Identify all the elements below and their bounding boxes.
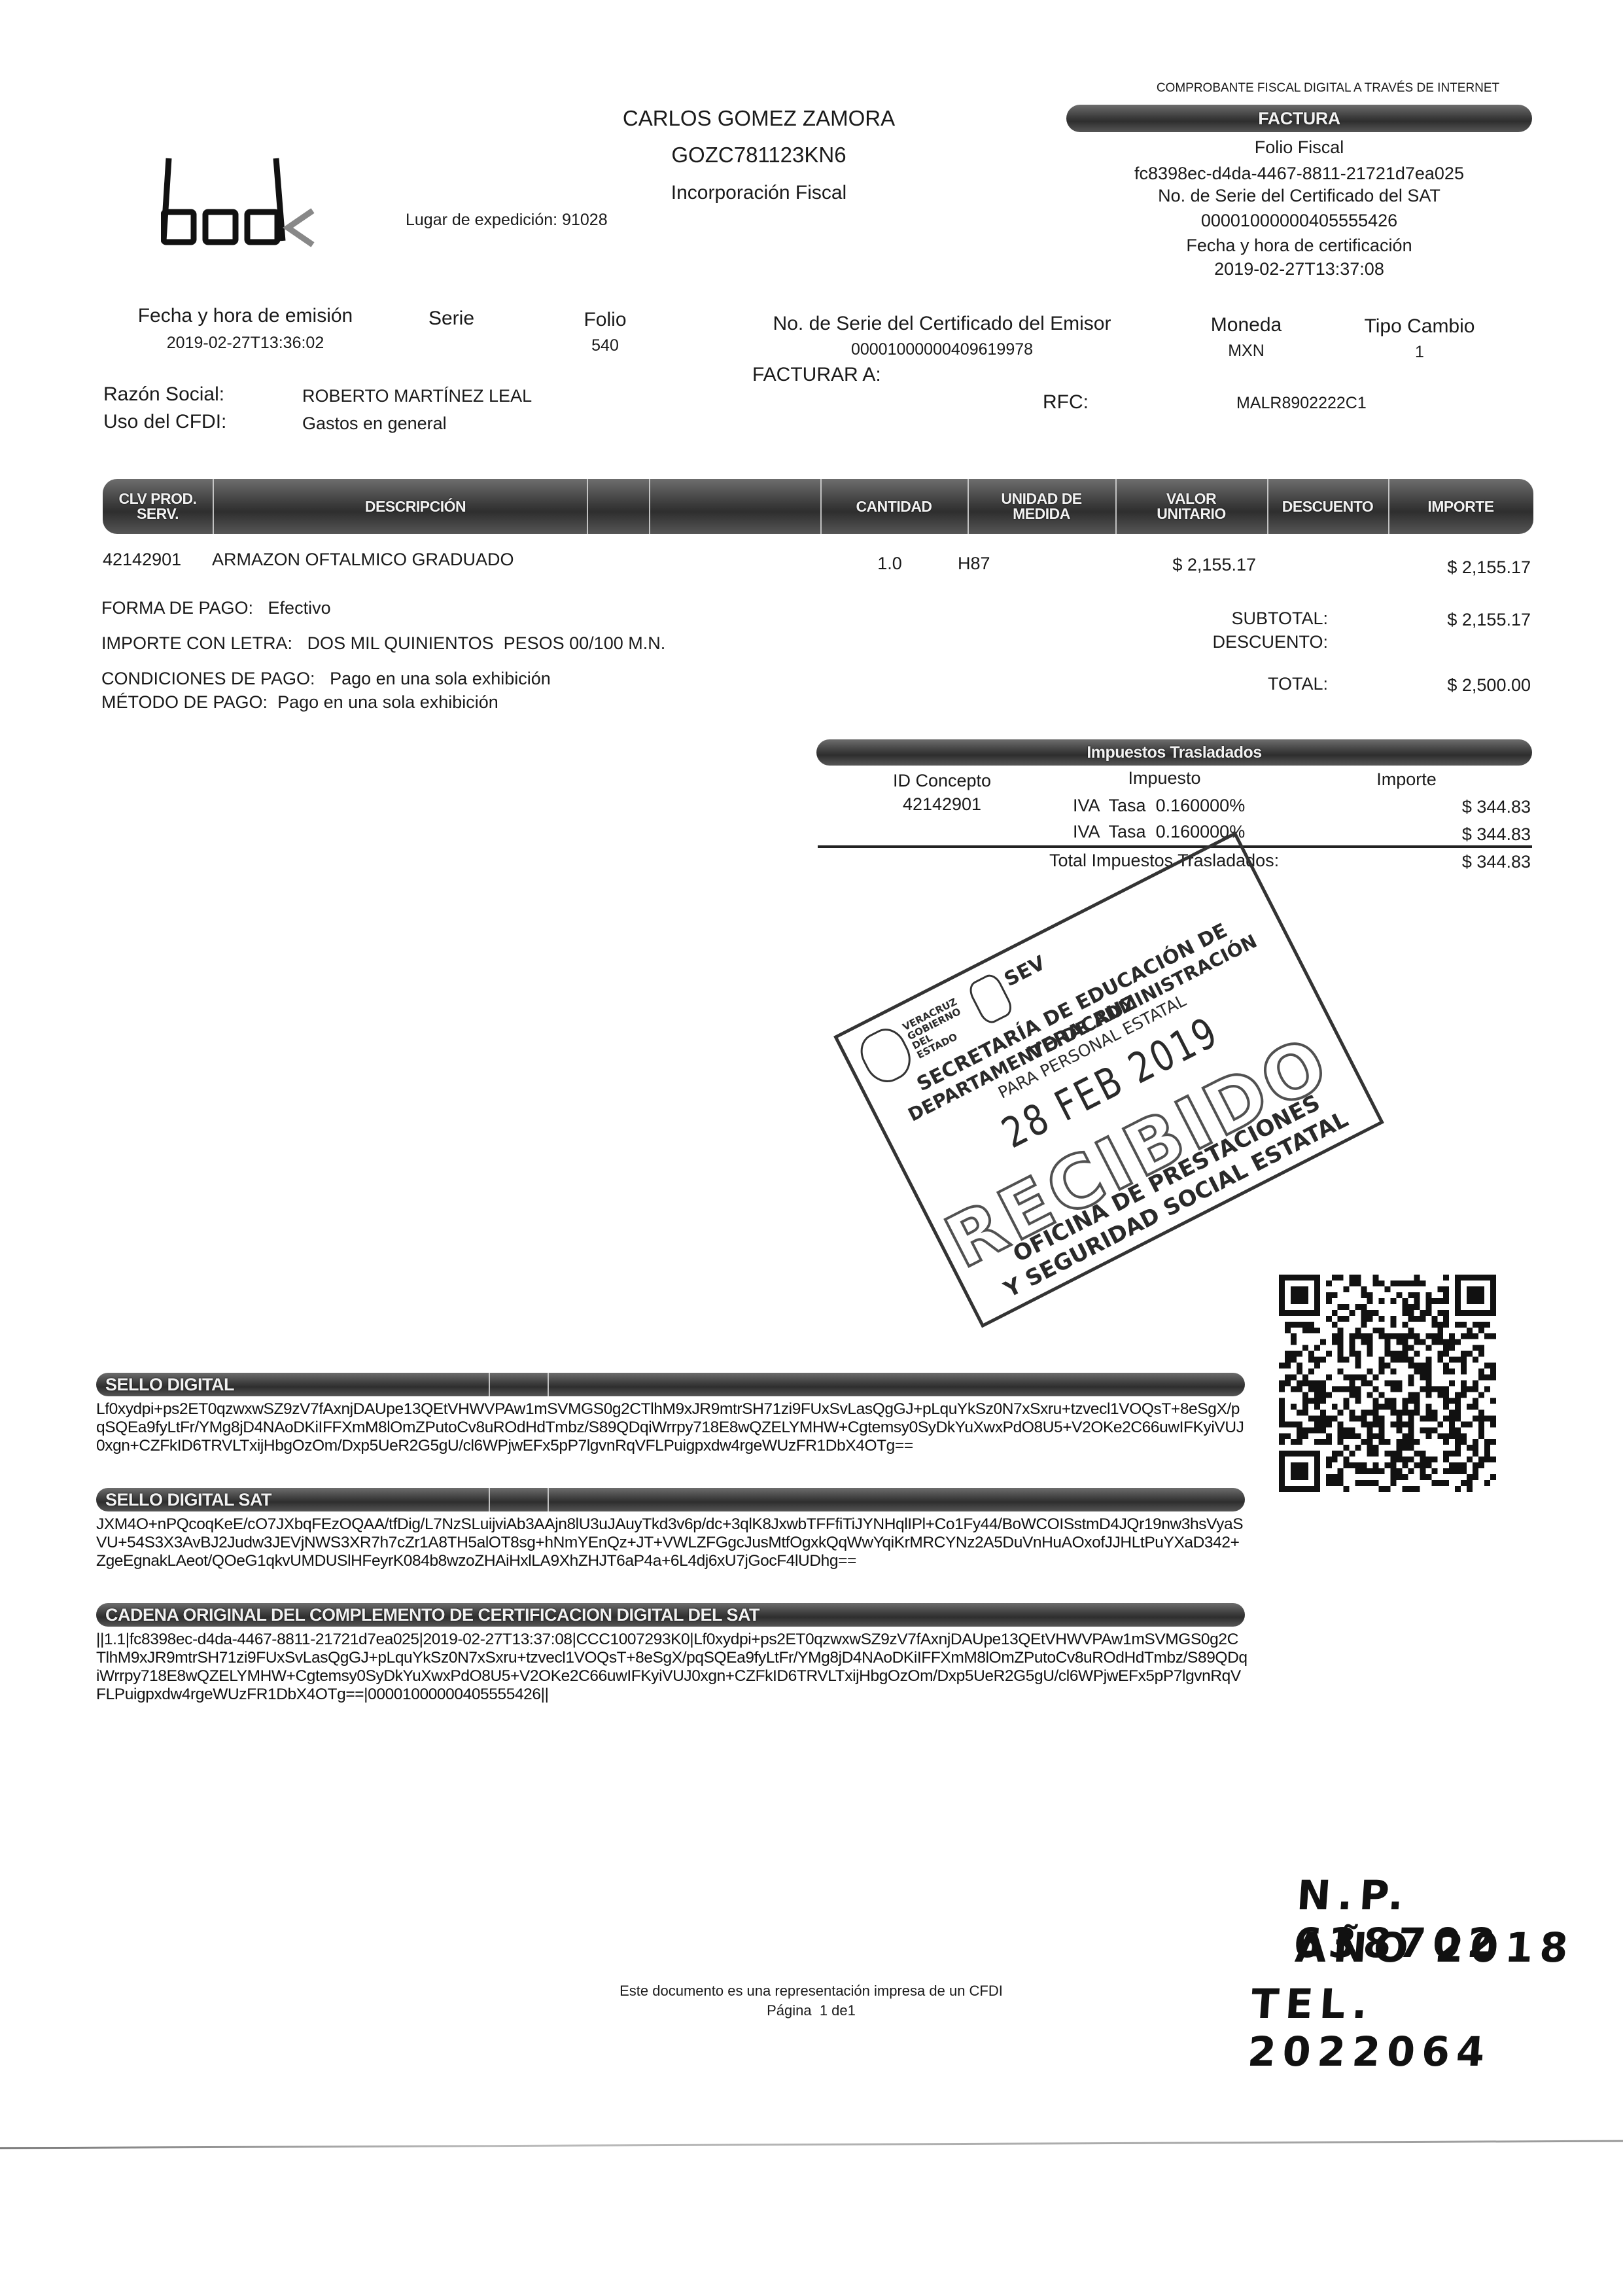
- folio-label: Folio: [563, 309, 648, 331]
- subtotal-label: SUBTOTAL:: [1164, 609, 1328, 629]
- cadena-original: ||1.1|fc8398ec-d4da-4467-8811-21721d7ea0…: [96, 1631, 1248, 1704]
- issue-datetime-label: Fecha y hora de emisión: [118, 305, 373, 327]
- sello-sat: JXM4O+nPQcoqKeE/cO7JXbqFEzOQAA/tfDig/L7N…: [96, 1515, 1248, 1570]
- issuer-name: CARLOS GOMEZ ZAMORA: [576, 106, 942, 131]
- issuer-regime: Incorporación Fiscal: [576, 182, 942, 204]
- col-discount: DESCUENTO: [1267, 479, 1388, 534]
- subtotal-value: $ 2,155.17: [1361, 610, 1531, 630]
- cfdi-use-label: Uso del CFDI:: [103, 411, 226, 433]
- tax-name: IVA Tasa 0.160000%: [1073, 796, 1245, 816]
- sello-digital-bar: SELLO DIGITAL: [96, 1373, 1245, 1396]
- receiver-rfc-label: RFC:: [1043, 391, 1089, 414]
- payment-conditions: CONDICIONES DE PAGO: Pago en una sola ex…: [101, 669, 551, 689]
- payment-form-value: Efectivo: [268, 598, 331, 618]
- company-logo: [161, 154, 357, 247]
- doc-type-bar: FACTURA: [1066, 105, 1532, 132]
- look-logo-icon: [161, 154, 357, 247]
- payment-conditions-label: CONDICIONES DE PAGO:: [101, 669, 315, 688]
- amount-words-label: IMPORTE CON LETRA:: [101, 633, 292, 653]
- exchange-value: 1: [1348, 343, 1492, 362]
- col-clave: CLV PROD. SERV.: [103, 479, 213, 534]
- issuer-cert-label: No. de Serie del Certificado del Emisor: [746, 313, 1138, 335]
- items-table-header: CLV PROD. SERV. DESCRIPCIÓN CANTIDAD UNI…: [103, 479, 1533, 534]
- amount-in-words: IMPORTE CON LETRA: DOS MIL QUINIENTOS PE…: [101, 633, 665, 654]
- tax-divider: [818, 845, 1532, 848]
- tax-amount: $ 344.83: [1348, 824, 1531, 845]
- qr-code: [1279, 1275, 1496, 1492]
- col-unit: UNIDAD DE MEDIDA: [968, 479, 1115, 534]
- serie-label: Serie: [406, 308, 497, 330]
- sat-cert: 00001000000405555426: [1066, 211, 1532, 231]
- footer-page: Página 1 de1: [576, 2002, 1047, 2019]
- exchange-label: Tipo Cambio: [1348, 315, 1492, 338]
- total-label: TOTAL:: [1164, 674, 1328, 694]
- sello-sat-title: SELLO DIGITAL SAT: [105, 1488, 271, 1511]
- tax-col-amount: Importe: [1348, 769, 1465, 790]
- item-description: ARMAZON OFTALMICO GRADUADO: [212, 550, 514, 570]
- taxes-title: Impuestos Trasladados: [816, 739, 1532, 766]
- tax-total: $ 344.83: [1348, 852, 1531, 872]
- receiver-rfc: MALR8902222C1: [1236, 394, 1367, 413]
- folio-fiscal-label: Folio Fiscal: [1066, 137, 1532, 158]
- issuer-rfc: GOZC781123KN6: [576, 143, 942, 168]
- cert-datetime: 2019-02-27T13:37:08: [1066, 259, 1532, 279]
- item-unit-value: $ 2,155.17: [1086, 555, 1256, 575]
- item-unit: H87: [958, 554, 990, 574]
- qr-code-icon: [1279, 1275, 1496, 1492]
- place-of-issue: Lugar de expedición: 91028: [406, 211, 608, 230]
- bill-to-label: FACTURAR A:: [752, 364, 881, 386]
- tax-concept: 42142901: [870, 794, 1014, 815]
- tax-col-concept: ID Concepto: [870, 771, 1014, 791]
- item-clave: 42142901: [103, 550, 181, 570]
- cadena-original-title: CADENA ORIGINAL DEL COMPLEMENTO DE CERTI…: [105, 1603, 759, 1627]
- place-label: Lugar de expedición:: [406, 211, 557, 229]
- payment-conditions-value: Pago en una sola exhibición: [330, 669, 551, 688]
- payment-form: FORMA DE PAGO: Efectivo: [101, 598, 331, 618]
- tax-col-tax: Impuesto: [1079, 768, 1249, 788]
- item-amount: $ 2,155.17: [1335, 557, 1531, 578]
- handwritten-year: AÑO 2018: [1293, 1924, 1576, 1971]
- payment-method-value: Pago en una sola exhibición: [277, 692, 498, 712]
- issuer-cert: 00001000000409619978: [746, 340, 1138, 359]
- doc-type: FACTURA: [1066, 105, 1532, 132]
- tax-amount: $ 344.83: [1348, 797, 1531, 817]
- folio-fiscal: fc8398ec-d4da-4467-8811-21721d7ea025: [1066, 164, 1532, 184]
- payment-method-label: MÉTODO DE PAGO:: [101, 692, 268, 712]
- cfdi-use: Gastos en general: [302, 414, 447, 434]
- col-unit-value: VALOR UNITARIO: [1115, 479, 1267, 534]
- cfdi-caption: COMPROBANTE FISCAL DIGITAL A TRAVÉS DE I…: [1112, 81, 1544, 96]
- amount-words-value: DOS MIL QUINIENTOS PESOS 00/100 M.N.: [307, 633, 666, 653]
- payment-method: MÉTODO DE PAGO: Pago en una sola exhibic…: [101, 692, 498, 713]
- handwritten-phone: TEL. 2022064: [1246, 1980, 1623, 2075]
- total-value: $ 2,500.00: [1361, 675, 1531, 696]
- place-value: 91028: [562, 211, 608, 229]
- cadena-original-bar: CADENA ORIGINAL DEL COMPLEMENTO DE CERTI…: [96, 1603, 1245, 1627]
- cert-datetime-label: Fecha y hora de certificación: [1066, 236, 1532, 256]
- currency-label: Moneda: [1191, 314, 1302, 336]
- item-quantity: 1.0: [850, 554, 929, 574]
- sev-label: SEV: [1001, 951, 1049, 991]
- folio-value: 540: [563, 336, 648, 355]
- footer-note: Este documento es una representación imp…: [576, 1983, 1047, 2000]
- receiver-name-label: Razón Social:: [103, 383, 224, 406]
- receiver-name: ROBERTO MARTÍNEZ LEAL: [302, 386, 532, 406]
- discount-label: DESCUENTO:: [1164, 632, 1328, 652]
- payment-form-label: FORMA DE PAGO:: [101, 598, 253, 618]
- taxes-title-bar: Impuestos Trasladados: [816, 739, 1532, 766]
- received-stamp: VERACRUZ GOBIERNO DEL ESTADO SEV SECRETA…: [833, 832, 1384, 1328]
- sello-sat-bar: SELLO DIGITAL SAT: [96, 1488, 1245, 1511]
- currency-value: MXN: [1191, 342, 1302, 361]
- col-quantity: CANTIDAD: [820, 479, 968, 534]
- sat-cert-label: No. de Serie del Certificado del SAT: [1066, 186, 1532, 206]
- page-edge-line: [0, 2140, 1623, 2149]
- sello-digital: Lf0xydpi+ps2ET0qzwxwSZ9zV7fAxnjDAUpe13QE…: [96, 1400, 1248, 1455]
- sello-digital-title: SELLO DIGITAL: [105, 1373, 234, 1396]
- issue-datetime: 2019-02-27T13:36:02: [118, 334, 373, 353]
- col-description: DESCRIPCIÓN: [213, 479, 618, 534]
- col-amount: IMPORTE: [1388, 479, 1533, 534]
